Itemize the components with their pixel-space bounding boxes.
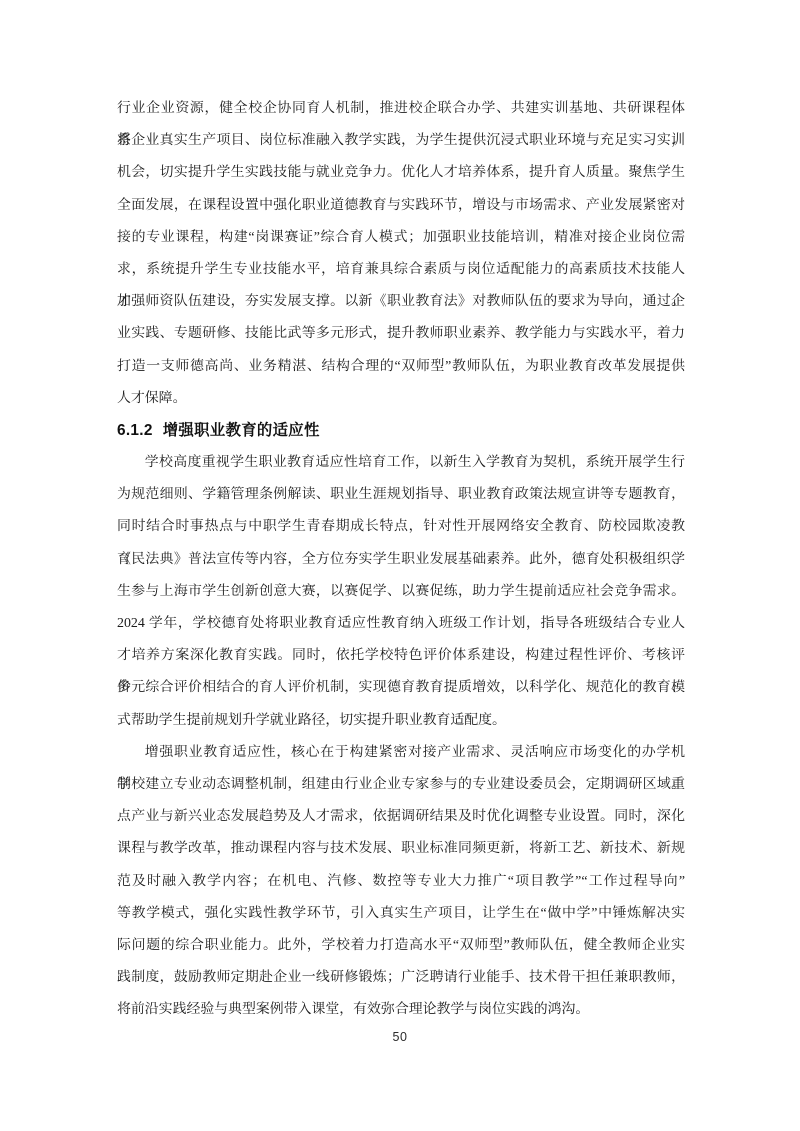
text-line: 增强职业教育适应性，核心在于构建紧密对接产业需求、灵活响应市场变化的办学机制。 [117, 737, 685, 769]
paragraph-adaptability-2: 增强职业教育适应性，核心在于构建紧密对接产业需求、灵活响应市场变化的办学机制。学… [117, 737, 685, 1027]
text-block: 行业企业资源，健全校企协同育人机制，推进校企联合办学、共建实训基地、共研课程体系… [117, 93, 685, 1026]
text-line: 打造一支师德高尚、业务精湛、结构合理的“双师型”教师队伍，为职业教育改革发展提供 [117, 351, 685, 383]
text-line: 接的专业课程，构建“岗课赛证”综合育人模式；加强职业技能培训，精准对接企业岗位需 [117, 222, 685, 254]
text-line: 求，系统提升学生专业技能水平，培育兼具综合素质与岗位适配能力的高素质技术技能人才… [117, 254, 685, 286]
text-line: 2024 学年，学校德育处将职业教育适应性教育纳入班级工作计划，指导各班级结合专… [117, 608, 685, 640]
text-line: 践制度，鼓励教师定期赴企业一线研修锻炼；广泛聘请行业能手、技术骨干担任兼职教师， [117, 962, 685, 994]
document-page: { "heading": { "number": "6.1.2", "title… [0, 0, 800, 1131]
text-line: 机会，切实提升学生实践技能与就业竞争力。优化人才培养体系，提升育人质量。聚焦学生 [117, 157, 685, 189]
text-line: 全面发展，在课程设置中强化职业道德教育与实践环节，增设与市场需求、产业发展紧密对 [117, 190, 685, 222]
text-line: 才培养方案深化教育实践。同时，依托学校特色评价体系建设，构建过程性评价、考核评价… [117, 640, 685, 672]
text-line: 学校建立专业动态调整机制，组建由行业企业专家参与的专业建设委员会，定期调研区域重 [117, 769, 685, 801]
text-line: 将前沿实践经验与典型案例带入课堂，有效弥合理论教学与岗位实践的鸿沟。 [117, 994, 685, 1026]
text-line: 业实践、专题研修、技能比武等多元形式，提升教师职业素养、教学能力与实践水平，着力 [117, 318, 685, 350]
text-line: 范及时融入教学内容；在机电、汽修、数控等专业大力推广“项目教学”“工作过程导向” [117, 866, 685, 898]
section-heading: 6.1.2增强职业教育的适应性 [117, 415, 685, 447]
text-line: 式帮助学生提前规划升学就业路径，切实提升职业教育适配度。 [117, 705, 685, 737]
text-line: 等教学模式，强化实践性教学环节，引入真实生产项目，让学生在“做中学”中锤炼解决实 [117, 898, 685, 930]
text-line: 同时结合时事热点与中职学生青春期成长特点，针对性开展网络安全教育、防校园欺凌教育… [117, 511, 685, 543]
text-line: 生参与上海市学生创新创意大赛，以赛促学、以赛促练，助力学生提前适应社会竞争需求。 [117, 576, 685, 608]
section-number: 6.1.2 [117, 415, 153, 447]
text-line: 多元综合评价相结合的育人评价机制，实现德育教育提质增效，以科学化、规范化的教育模 [117, 672, 685, 704]
text-line: 课程与教学改革，推动课程内容与技术发展、职业标准同频更新，将新工艺、新技术、新规 [117, 833, 685, 865]
text-line: 点产业与新兴业态发展趋势及人才需求，依据调研结果及时优化调整专业设置。同时，深化 [117, 801, 685, 833]
text-line: 学校高度重视学生职业教育适应性培育工作，以新生入学教育为契机，系统开展学生行 [117, 447, 685, 479]
paragraph-adaptability-1: 学校高度重视学生职业教育适应性培育工作，以新生入学教育为契机，系统开展学生行为规… [117, 447, 685, 737]
text-line: 加强师资队伍建设，夯实发展支撑。以新《职业教育法》对教师队伍的要求为导向，通过企 [117, 286, 685, 318]
text-line: 将企业真实生产项目、岗位标准融入教学实践，为学生提供沉浸式职业环境与充足实习实训 [117, 125, 685, 157]
text-line: 《民法典》普法宣传等内容，全方位夯实学生职业发展基础素养。此外，德育处积极组织学 [117, 544, 685, 576]
text-line: 际问题的综合职业能力。此外，学校着力打造高水平“双师型”教师队伍，健全教师企业实 [117, 930, 685, 962]
text-line: 行业企业资源，健全校企协同育人机制，推进校企联合办学、共建实训基地、共研课程体系… [117, 93, 685, 125]
section-title: 增强职业教育的适应性 [163, 422, 320, 439]
text-line: 为规范细则、学籍管理条例解读、职业生涯规划指导、职业教育政策法规宣讲等专题教育， [117, 479, 685, 511]
paragraph-continuation: 行业企业资源，健全校企协同育人机制，推进校企联合办学、共建实训基地、共研课程体系… [117, 93, 685, 415]
page-number: 50 [0, 1030, 800, 1044]
text-line: 人才保障。 [117, 383, 685, 415]
